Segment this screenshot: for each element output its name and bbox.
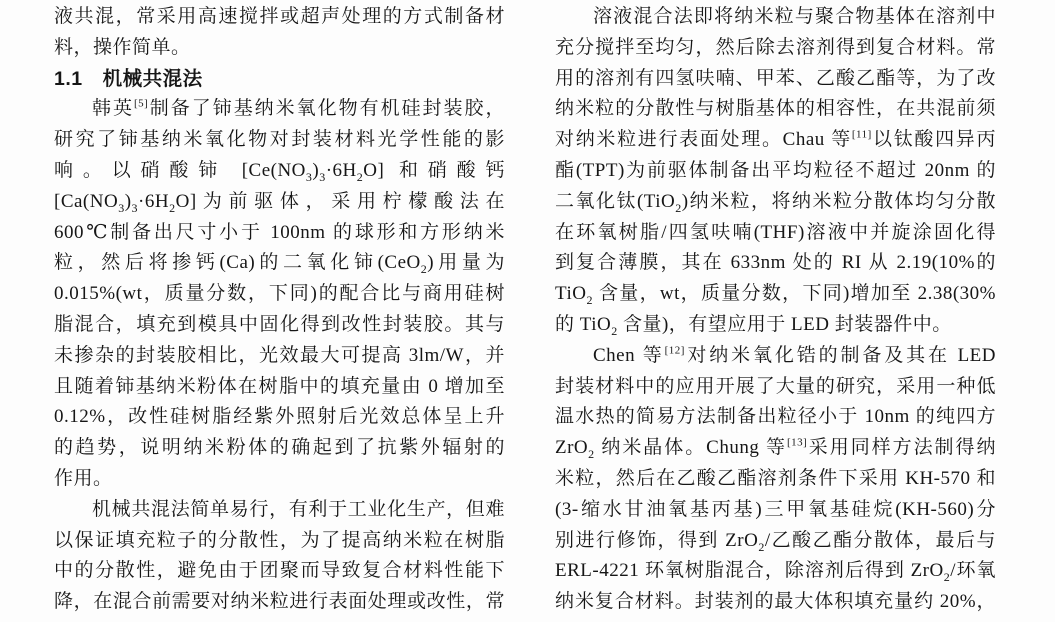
text-run: 米粒，然后在乙酸乙酯溶剂条件下采用 KH-570 和: [555, 468, 996, 489]
text-run: 作用。: [54, 468, 113, 489]
text-line: 的趋势，说明纳米粉体的确起到了抗紫外辐射的: [54, 433, 505, 464]
text-run: ZrO: [555, 437, 588, 458]
text-run: 的 TiO: [555, 314, 611, 335]
text-run: 含量，wt，质量分数，下同)增加至 2.38(30%: [593, 283, 996, 304]
text-run: ·6H: [326, 160, 357, 181]
text-run: )纳米粒，将纳米粒分散体均匀分散: [682, 191, 996, 212]
text-line: 韩英[5]制备了铈基纳米氧化物有机硅封装胶，: [54, 94, 505, 125]
text-run: 温水热的简易方法制备出粒径小于 10nm 的纯四方: [555, 406, 996, 427]
text-line: 温水热的简易方法制备出粒径小于 10nm 的纯四方: [555, 402, 996, 433]
text-run: ): [125, 191, 132, 212]
text-run: O] 和硝酸钙: [363, 160, 505, 181]
text-run: 纳米复合材料。封装剂的最大体积填充量约 20%，: [555, 591, 996, 612]
text-line: 纳米复合材料。封装剂的最大体积填充量约 20%，: [555, 587, 996, 618]
text-run: 的趋势，说明纳米粉体的确起到了抗紫外辐射的: [54, 437, 505, 458]
citation-reference: [12]: [665, 344, 685, 356]
text-run: 0.12%，改性硅树脂经紫外照射后光效总体呈上升: [54, 406, 505, 427]
text-line: 液共混，常采用高速搅拌或超声处理的方式制备材: [54, 2, 505, 33]
text-line: 对纳米粒进行表面处理。Chau 等[11]以钛酸四异丙: [555, 125, 996, 156]
text-line: 且随着铈基纳米粉体在树脂中的填充量由 0 增加至: [54, 372, 505, 403]
text-run: 别进行修饰，得到 ZrO: [555, 530, 758, 551]
text-line: 响。以硝酸铈 [Ce(NO3)3·6H2O] 和硝酸钙: [54, 156, 505, 187]
text-line: 米粒，然后在乙酸乙酯溶剂条件下采用 KH-570 和: [555, 464, 996, 495]
text-run: 未掺杂的封装胶相比，光效最大可提高 3lm/W，并: [54, 345, 505, 366]
citation-reference: [13]: [787, 437, 807, 449]
text-line: 600℃制备出尺寸小于 100nm 的球形和方形纳米: [54, 218, 505, 249]
text-run: 0.015%(wt，质量分数，下同)的配合比与商用硅树: [54, 283, 505, 304]
text-column-right: 溶液混合法即将纳米粒与聚合物基体在溶剂中充分搅拌至均匀，然后除去溶剂得到复合材料…: [555, 2, 996, 618]
text-run: 溶液混合法即将纳米粒与聚合物基体在溶剂中: [593, 6, 996, 27]
section-heading: 1.1 机械共混法: [54, 64, 505, 95]
text-run: O]为前驱体，采用柠檬酸法在: [176, 191, 505, 212]
scanned-paper-page: 液共混，常采用高速搅拌或超声处理的方式制备材料，操作简单。1.1 机械共混法韩英…: [0, 0, 1055, 622]
text-line: 别进行修饰，得到 ZrO2/乙酸乙酯分散体，最后与: [555, 526, 996, 557]
text-line: 二氧化钛(TiO2)纳米粒，将纳米粒分散体均匀分散: [555, 187, 996, 218]
text-line: [Ca(NO3)3·6H2O]为前驱体，采用柠檬酸法在: [54, 187, 505, 218]
text-run: 以保证填充粒子的分散性，为了提高纳米粒在树脂: [54, 530, 505, 551]
text-run: 封装材料中的应用开展了大量的研究，采用一种低: [555, 376, 996, 397]
text-run: 研究了铈基纳米氧化物对封装材料光学性能的影: [54, 129, 505, 150]
text-run: 制备了铈基纳米氧化物有机硅封装胶，: [148, 98, 505, 119]
text-line: 料，操作简单。: [54, 33, 505, 64]
text-line: 在环氧树脂/四氢呋喃(THF)溶液中并旋涂固化得: [555, 218, 996, 249]
text-line: 的 TiO2 含量)，有望应用于 LED 封装器件中。: [555, 310, 996, 341]
text-run: 采用同样方法制得纳: [807, 437, 996, 458]
text-line: Chen 等[12]对纳米氧化锆的制备及其在 LED: [555, 341, 996, 372]
text-column-left: 液共混，常采用高速搅拌或超声处理的方式制备材料，操作简单。1.1 机械共混法韩英…: [54, 2, 505, 618]
citation-reference: [5]: [134, 98, 148, 110]
text-run: 二氧化钛(TiO: [555, 191, 675, 212]
text-run: ·6H: [138, 191, 169, 212]
text-run: ERL-4221 环氧树脂混合，除溶剂后得到 ZrO: [555, 560, 944, 581]
text-line: 封装材料中的应用开展了大量的研究，采用一种低: [555, 372, 996, 403]
text-run: 纳米粒的分散性与树脂基体的相容性，在共混前须: [555, 98, 996, 119]
text-line: 降，在混合前需要对纳米粒进行表面处理或改性，常: [54, 587, 505, 618]
text-line: 纳米粒的分散性与树脂基体的相容性，在共混前须: [555, 94, 996, 125]
text-run: 在环氧树脂/四氢呋喃(THF)溶液中并旋涂固化得: [555, 222, 996, 243]
text-run: 脂混合，填充到模具中固化得到改性封装胶。其与: [54, 314, 505, 335]
text-line: 研究了铈基纳米氧化物对封装材料光学性能的影: [54, 125, 505, 156]
text-line: 机械共混法简单易行，有利于工业化生产，但难: [54, 495, 505, 526]
text-line: 到复合薄膜，其在 633nm 处的 RI 从 2.19(10%的: [555, 248, 996, 279]
text-line: 0.12%，改性硅树脂经紫外照射后光效总体呈上升: [54, 402, 505, 433]
text-run: 响。以硝酸铈 [Ce(NO: [54, 160, 306, 181]
text-run: 以钛酸四异丙: [872, 129, 996, 150]
text-line: 脂混合，填充到模具中固化得到改性封装胶。其与: [54, 310, 505, 341]
text-line: 以保证填充粒子的分散性，为了提高纳米粒在树脂: [54, 526, 505, 557]
text-run: 对纳米粒进行表面处理。Chau 等: [555, 129, 852, 150]
text-run: (3-缩水甘油氧基丙基)三甲氧基硅烷(KH-560)分: [555, 499, 996, 520]
text-run: 液共混，常采用高速搅拌或超声处理的方式制备材: [54, 6, 505, 27]
text-run: TiO: [555, 283, 586, 304]
text-line: ZrO2 纳米晶体。Chung 等[13]采用同样方法制得纳: [555, 433, 996, 464]
text-line: 0.015%(wt，质量分数，下同)的配合比与商用硅树: [54, 279, 505, 310]
text-line: 粒，然后将掺钙(Ca)的二氧化铈(CeO2)用量为: [54, 248, 505, 279]
text-line: 中的分散性，避免由于团聚而导致复合材料性能下: [54, 556, 505, 587]
text-run: /环氧: [950, 560, 996, 581]
text-run: 600℃制备出尺寸小于 100nm 的球形和方形纳米: [54, 222, 505, 243]
text-run: 机械共混法简单易行，有利于工业化生产，但难: [92, 499, 505, 520]
text-run: [Ca(NO: [54, 191, 118, 212]
text-line: ERL-4221 环氧树脂混合，除溶剂后得到 ZrO2/环氧: [555, 556, 996, 587]
text-line: 作用。: [54, 464, 505, 495]
text-run: 韩英: [92, 98, 134, 119]
text-run: Chen 等: [593, 345, 665, 366]
text-run: 降，在混合前需要对纳米粒进行表面处理或改性，常: [54, 591, 505, 612]
text-run: 对纳米氧化锆的制备及其在 LED: [685, 345, 996, 366]
text-run: 充分搅拌至均匀，然后除去溶剂得到复合材料。常: [555, 37, 996, 58]
text-run: 纳米晶体。Chung 等: [595, 437, 787, 458]
text-line: 未掺杂的封装胶相比，光效最大可提高 3lm/W，并: [54, 341, 505, 372]
text-run: 含量)，有望应用于 LED 封装器件中。: [618, 314, 952, 335]
text-run: 用的溶剂有四氢呋喃、甲苯、乙酸乙酯等，为了改善: [555, 68, 996, 95]
text-run: 中的分散性，避免由于团聚而导致复合材料性能下: [54, 560, 505, 581]
citation-reference: [11]: [852, 129, 872, 141]
text-run: 粒，然后将掺钙(Ca)的二氧化铈(CeO: [54, 252, 421, 273]
text-line: 酯(TPT)为前驱体制备出平均粒径不超过 20nm 的: [555, 156, 996, 187]
text-run: 且随着铈基纳米粉体在树脂中的填充量由 0 增加至: [54, 376, 505, 397]
text-line: (3-缩水甘油氧基丙基)三甲氧基硅烷(KH-560)分: [555, 495, 996, 526]
text-run: 到复合薄膜，其在 633nm 处的 RI 从 2.19(10%的: [555, 252, 996, 273]
text-run: 1.1 机械共混法: [54, 68, 203, 90]
text-line: TiO2 含量，wt，质量分数，下同)增加至 2.38(30%: [555, 279, 996, 310]
text-run: 料，操作简单。: [54, 37, 191, 58]
text-line: 充分搅拌至均匀，然后除去溶剂得到复合材料。常: [555, 33, 996, 64]
text-run: )用量为: [427, 252, 505, 273]
text-line: 溶液混合法即将纳米粒与聚合物基体在溶剂中: [555, 2, 996, 33]
text-run: 酯(TPT)为前驱体制备出平均粒径不超过 20nm 的: [555, 160, 996, 181]
text-line: 用的溶剂有四氢呋喃、甲苯、乙酸乙酯等，为了改善: [555, 64, 996, 95]
text-run: /乙酸乙酯分散体，最后与: [765, 530, 996, 551]
